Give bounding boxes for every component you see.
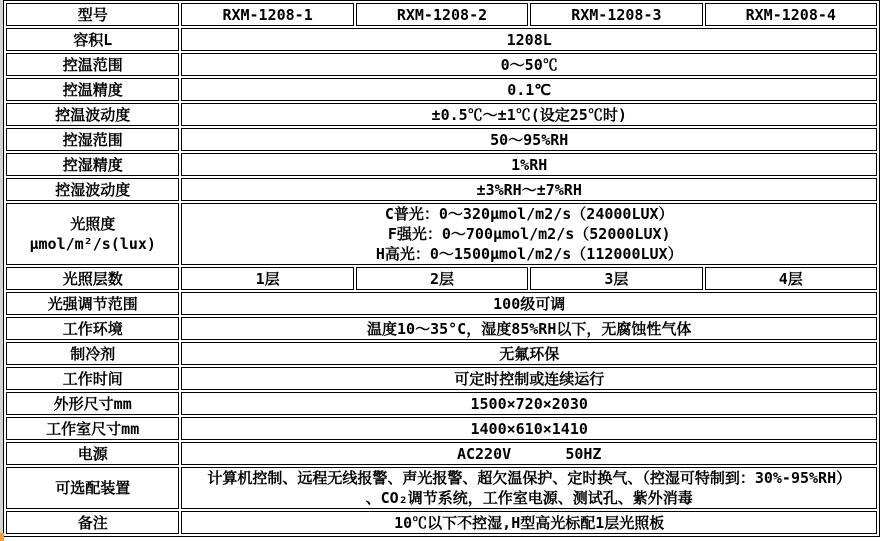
- row-value-cell: 4层: [705, 267, 877, 290]
- page-edge-strip: [0, 0, 3, 533]
- row-value-cell: 1层: [181, 267, 353, 290]
- row-value-cell: 2层: [356, 267, 528, 290]
- table-row: 控温范围0～50℃: [6, 53, 877, 76]
- row-value-cell: RXM-1208-2: [356, 3, 528, 26]
- table-row: 控湿范围50～95%RH: [6, 128, 877, 151]
- row-label: 外形尺寸mm: [6, 392, 179, 415]
- row-label: 型号: [6, 3, 179, 26]
- row-value: 1400×610×1410: [181, 417, 877, 440]
- row-label: 控温波动度: [6, 103, 179, 126]
- table-row: 控湿精度1%RH: [6, 153, 877, 176]
- table-row: 型号RXM-1208-1RXM-1208-2RXM-1208-3RXM-1208…: [6, 3, 877, 26]
- table-row: 控温精度0.1℃: [6, 78, 877, 101]
- row-value-cell: RXM-1208-1: [181, 3, 353, 26]
- row-value: 0.1℃: [181, 78, 877, 101]
- row-value: 1208L: [181, 28, 877, 51]
- row-value: ±0.5℃～±1℃(设定25℃时): [181, 103, 877, 126]
- table-row: 外形尺寸mm1500×720×2030: [6, 392, 877, 415]
- row-value: 计算机控制、远程无线报警、声光报警、超欠温保护、定时换气、（控湿可特制到：30%…: [181, 467, 877, 509]
- row-label: 控湿范围: [6, 128, 179, 151]
- table-row: 工作室尺寸mm1400×610×1410: [6, 417, 877, 440]
- table-row: 电源AC220V 50HZ: [6, 442, 877, 465]
- table-row: 光强调节范围100级可调: [6, 292, 877, 315]
- row-value-cell: 3层: [530, 267, 702, 290]
- row-value: 1%RH: [181, 153, 877, 176]
- table-row: 控温波动度±0.5℃～±1℃(设定25℃时): [6, 103, 877, 126]
- row-label: 电源: [6, 442, 179, 465]
- row-label: 备注: [6, 511, 179, 534]
- corner-artifact: [0, 533, 4, 541]
- row-label: 控温精度: [6, 78, 179, 101]
- row-label: 可选配装置: [6, 467, 179, 509]
- row-label: 工作室尺寸mm: [6, 417, 179, 440]
- row-value-cell: RXM-1208-3: [530, 3, 702, 26]
- row-value: 温度10～35°C，湿度85%RH以下，无腐蚀性气体: [181, 317, 877, 340]
- row-label: 容积L: [6, 28, 179, 51]
- row-value: 0～50℃: [181, 53, 877, 76]
- row-value: 50～95%RH: [181, 128, 877, 151]
- row-value: 无氟环保: [181, 342, 877, 365]
- row-label: 工作环境: [6, 317, 179, 340]
- table-row: 容积L1208L: [6, 28, 877, 51]
- row-value: C普光：0～320μmol/m2/s（24000LUX） F强光：0～700μm…: [181, 203, 877, 265]
- table-row: 光照度 μmol/m²/s(lux)C普光：0～320μmol/m2/s（240…: [6, 203, 877, 265]
- row-label: 控温范围: [6, 53, 179, 76]
- row-value: ±3%RH～±7%RH: [181, 178, 877, 201]
- row-value: 1500×720×2030: [181, 392, 877, 415]
- page: 型号RXM-1208-1RXM-1208-2RXM-1208-3RXM-1208…: [0, 0, 882, 541]
- row-value: 10℃以下不控湿,H型高光标配1层光照板: [181, 511, 877, 534]
- row-value: AC220V 50HZ: [181, 442, 877, 465]
- row-label: 工作时间: [6, 367, 179, 390]
- row-label: 光照层数: [6, 267, 179, 290]
- table-row: 制冷剂无氟环保: [6, 342, 877, 365]
- row-label: 光照度 μmol/m²/s(lux): [6, 203, 179, 265]
- row-value-cell: RXM-1208-4: [705, 3, 877, 26]
- table-row: 控湿波动度±3%RH～±7%RH: [6, 178, 877, 201]
- spec-table-body: 型号RXM-1208-1RXM-1208-2RXM-1208-3RXM-1208…: [6, 3, 877, 534]
- table-row: 工作时间可定时控制或连续运行: [6, 367, 877, 390]
- spec-table: 型号RXM-1208-1RXM-1208-2RXM-1208-3RXM-1208…: [3, 0, 880, 537]
- table-row: 备注10℃以下不控湿,H型高光标配1层光照板: [6, 511, 877, 534]
- table-row: 光照层数1层2层3层4层: [6, 267, 877, 290]
- row-label: 控湿精度: [6, 153, 179, 176]
- row-label: 控湿波动度: [6, 178, 179, 201]
- row-label: 制冷剂: [6, 342, 179, 365]
- row-label: 光强调节范围: [6, 292, 179, 315]
- table-row: 可选配装置计算机控制、远程无线报警、声光报警、超欠温保护、定时换气、（控湿可特制…: [6, 467, 877, 509]
- row-value: 可定时控制或连续运行: [181, 367, 877, 390]
- table-row: 工作环境温度10～35°C，湿度85%RH以下，无腐蚀性气体: [6, 317, 877, 340]
- row-value: 100级可调: [181, 292, 877, 315]
